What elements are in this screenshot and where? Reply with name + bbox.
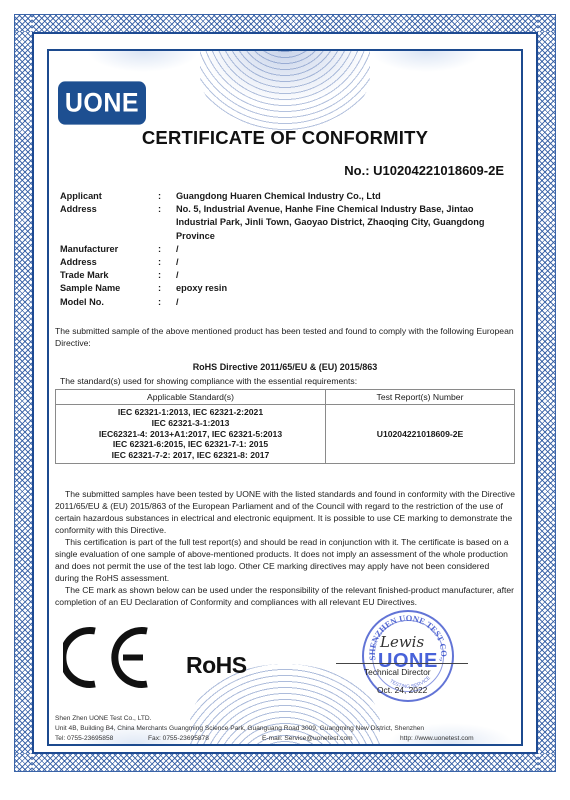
field-label: Sample Name [60, 282, 158, 295]
standard-line: IEC 62321-6:2015, IEC 62321-7-1: 2015 [56, 439, 325, 450]
field-row: Address:/ [60, 256, 516, 269]
field-label: Model No. [60, 296, 158, 309]
field-colon: : [158, 269, 176, 282]
body-paragraph-ce-mark: The CE mark as shown below can be used u… [55, 584, 515, 608]
footer-fax: Fax: 0755-23695878 [148, 734, 209, 744]
rohs-mark: RoHS [186, 652, 247, 679]
field-value: Guangdong Huaren Chemical Industry Co., … [176, 190, 516, 203]
standards-caption: The standard(s) used for showing complia… [60, 376, 357, 386]
table-row: IEC 62321-1:2013, IEC 62321-2:2021IEC 62… [56, 405, 515, 464]
field-row: Address:No. 5, Industrial Avenue, Hanhe … [60, 203, 516, 243]
intro-text: The submitted sample of the above mentio… [55, 325, 515, 349]
issue-date: Oct. 24, 2022 [377, 685, 427, 695]
body-paragraph-conformity: The submitted samples have been tested b… [55, 488, 515, 536]
certificate-number-label: No.: [344, 163, 369, 178]
footer-address: Unit 4B, Building B4, China Merchants Gu… [55, 724, 515, 734]
field-value: epoxy resin [176, 282, 516, 295]
signature-line [336, 663, 468, 664]
header-test-report-number: Test Report(s) Number [326, 390, 515, 405]
field-label: Trade Mark [60, 269, 158, 282]
field-row: Manufacturer:/ [60, 243, 516, 256]
table-header-row: Applicable Standard(s) Test Report(s) Nu… [56, 390, 515, 405]
field-row: Model No.:/ [60, 296, 516, 309]
certificate-title: CERTIFICATE OF CONFORMITY [0, 127, 570, 149]
field-label: Manufacturer [60, 243, 158, 256]
field-colon: : [158, 203, 176, 243]
handwritten-signature: Lewis [380, 633, 424, 651]
uone-logo: UONE [58, 81, 146, 124]
field-value: / [176, 256, 516, 269]
standard-line: IEC 62321-7-2: 2017, IEC 62321-8: 2017 [56, 450, 325, 461]
field-value: / [176, 296, 516, 309]
field-label: Applicant [60, 190, 158, 203]
field-row: Sample Name:epoxy resin [60, 282, 516, 295]
body-paragraph-scope: This certification is part of the full t… [55, 536, 515, 584]
standards-list-cell: IEC 62321-1:2013, IEC 62321-2:2021IEC 62… [56, 405, 326, 464]
report-number-cell: U10204221018609-2E [326, 405, 515, 464]
field-value: / [176, 243, 516, 256]
certificate-body: The submitted samples have been tested b… [55, 488, 515, 608]
field-row: Applicant:Guangdong Huaren Chemical Indu… [60, 190, 516, 203]
directive-name: RoHS Directive 2011/65/EU & (EU) 2015/86… [0, 362, 570, 372]
signatory-title: Technical Director [364, 667, 431, 677]
field-label: Address [60, 256, 158, 269]
certificate-number-value: U10204221018609-2E [373, 163, 504, 178]
ce-mark-icon [63, 625, 153, 690]
footer-email: E-mail: Service@uonetest.com [262, 734, 353, 744]
footer-tel: Tel: 0755-23695858 [55, 734, 113, 744]
field-colon: : [158, 282, 176, 295]
field-colon: : [158, 296, 176, 309]
field-colon: : [158, 190, 176, 203]
field-colon: : [158, 256, 176, 269]
certificate-number: No.: U10204221018609-2E [344, 163, 504, 178]
rosette-top-ornament [200, 49, 370, 131]
applicant-details: Applicant:Guangdong Huaren Chemical Indu… [60, 190, 516, 309]
field-row: Trade Mark:/ [60, 269, 516, 282]
footer-website-link[interactable]: http: //www.uonetest.com [400, 734, 474, 744]
field-value: / [176, 269, 516, 282]
footer-company: Shen Zhen UONE Test Co., LTD. [55, 714, 515, 724]
header-applicable-standards: Applicable Standard(s) [56, 390, 326, 405]
standard-line: IEC62321-4: 2013+A1:2017, IEC 62321-5:20… [56, 429, 325, 440]
standards-table: Applicable Standard(s) Test Report(s) Nu… [55, 389, 515, 464]
field-label: Address [60, 203, 158, 243]
field-colon: : [158, 243, 176, 256]
standard-line: IEC 62321-3-1:2013 [56, 418, 325, 429]
standard-line: IEC 62321-1:2013, IEC 62321-2:2021 [56, 407, 325, 418]
footer-contact: Shen Zhen UONE Test Co., LTD. Unit 4B, B… [55, 714, 515, 744]
field-value: No. 5, Industrial Avenue, Hanhe Fine Che… [176, 203, 516, 243]
